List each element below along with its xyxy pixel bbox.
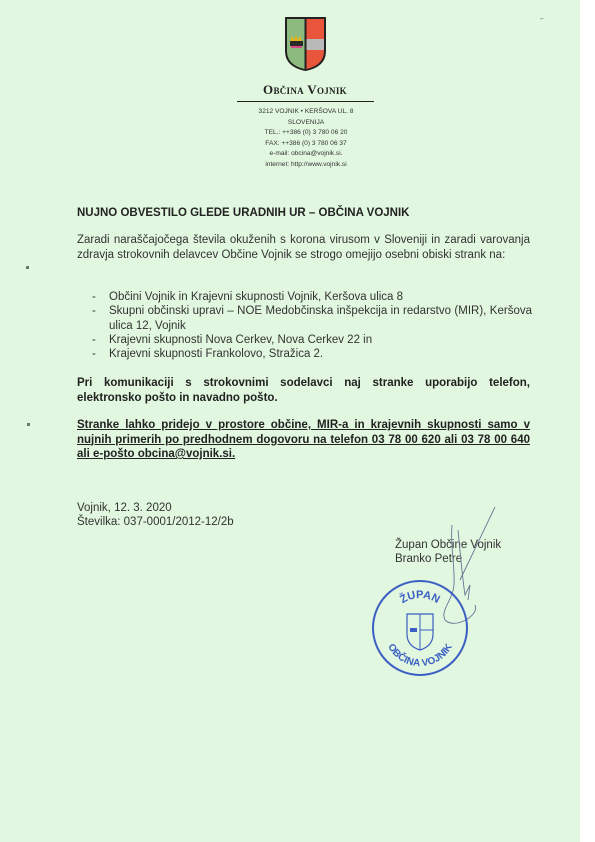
intro-paragraph: Zaradi naraščajočega števila okuženih s … (77, 233, 530, 262)
country: SLOVENIJA (235, 118, 377, 129)
scan-mark: ~ (539, 16, 545, 24)
document-page: ~ Občina Vojnik 3212 VOJNIK • KERŠOVA UL… (0, 0, 580, 842)
coat-of-arms-icon (283, 15, 328, 73)
communication-note: Pri komunikaciji s strokovnimi sodelavci… (77, 376, 530, 405)
letterhead-contact: 3212 VOJNIK • KERŠOVA UL. 8 SLOVENIJA TE… (235, 107, 377, 170)
phone: TEL.: ++386 (0) 3 780 06 20 (235, 128, 377, 139)
locations-list: - Občini Vojnik in Krajevni skupnosti Vo… (92, 290, 532, 361)
fax: FAX: ++386 (0) 3 780 06 37 (235, 139, 377, 150)
letterhead-divider (237, 101, 374, 102)
website-link[interactable]: internet: http://www.vojnik.si (235, 160, 377, 171)
svg-text:ŽUPAN: ŽUPAN (398, 589, 442, 606)
punch-mark (27, 423, 30, 426)
place-date-block: Vojnik, 12. 3. 2020 Številka: 037-0001/2… (77, 501, 234, 529)
list-item: - Občini Vojnik in Krajevni skupnosti Vo… (92, 290, 532, 304)
reference-number: Številka: 037-0001/2012-12/2b (77, 515, 234, 529)
visit-note: Stranke lahko pridejo v prostore občine,… (77, 418, 530, 462)
official-stamp-icon: ŽUPAN OBČINA VOJNIK (370, 578, 470, 678)
list-item: - Krajevni skupnosti Nova Cerkev, Nova C… (92, 333, 532, 347)
list-item: - Skupni občinski upravi – NOE Medobčins… (92, 304, 532, 333)
address: 3212 VOJNIK • KERŠOVA UL. 8 (235, 107, 377, 118)
municipality-name: Občina Vojnik (230, 82, 380, 98)
place-date: Vojnik, 12. 3. 2020 (77, 501, 234, 515)
list-item: - Krajevni skupnosti Frankolovo, Stražic… (92, 347, 532, 361)
document-title: NUJNO OBVESTILO GLEDE URADNIH UR – OBČIN… (77, 207, 409, 219)
punch-mark (26, 266, 29, 269)
email-link[interactable]: e-mail: obcina@vojnik.si. (235, 149, 377, 160)
